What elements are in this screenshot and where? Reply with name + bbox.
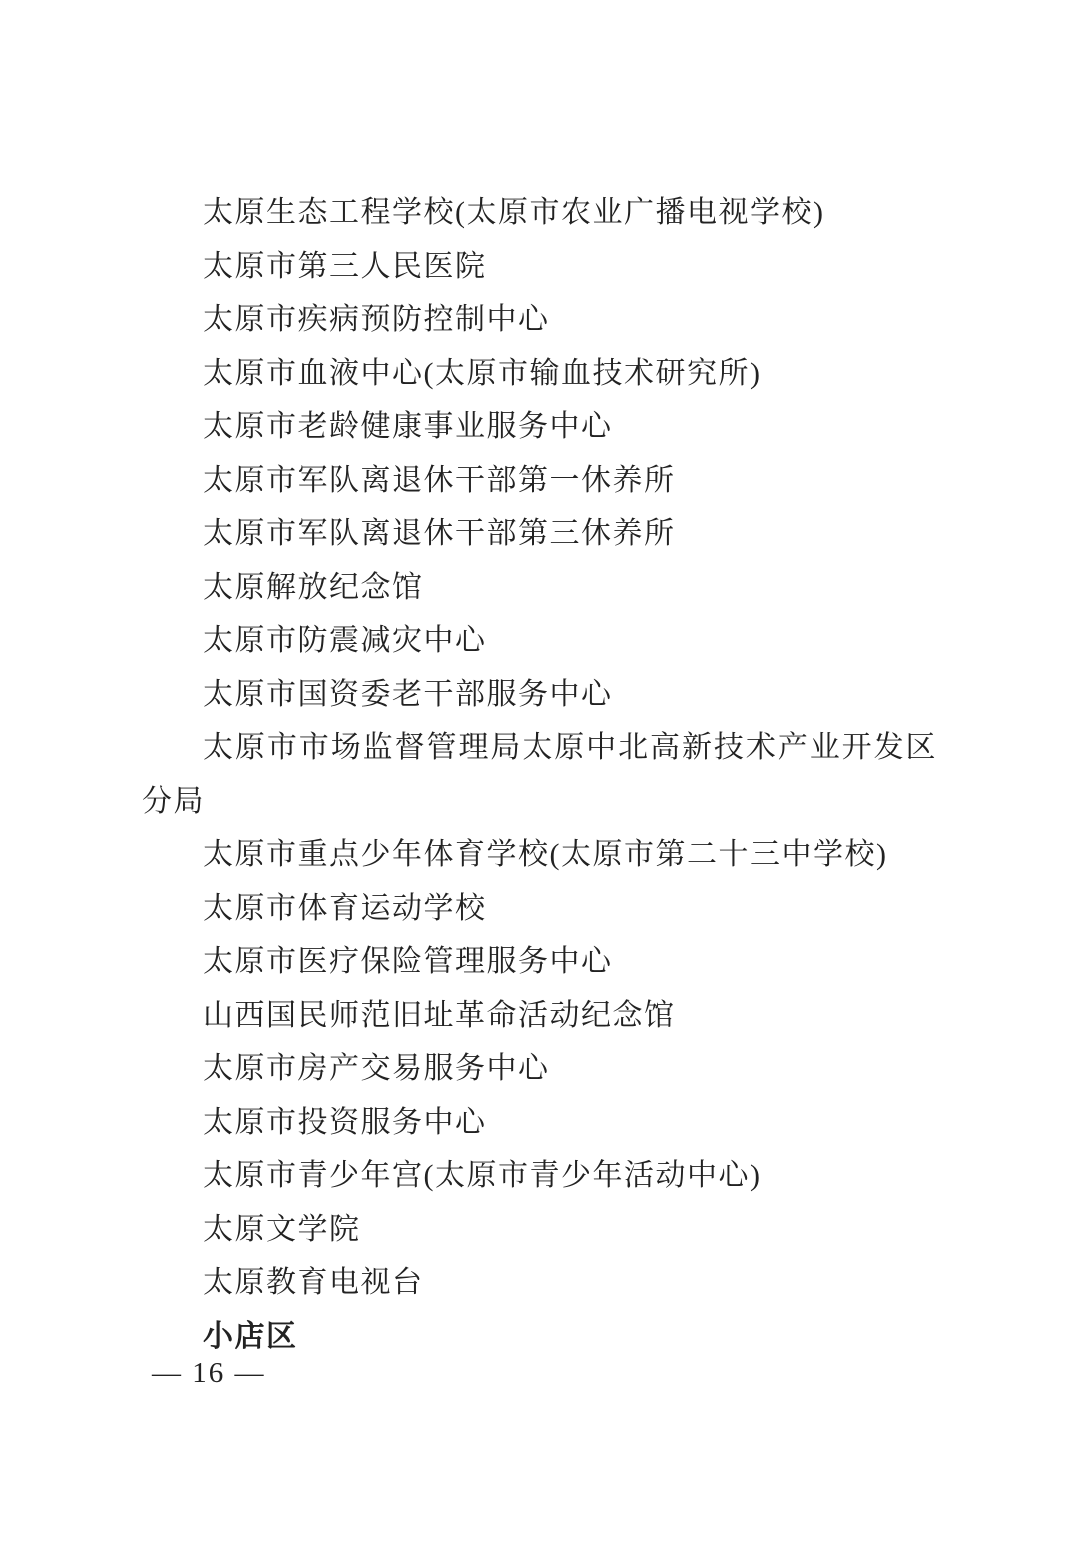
list-item: 太原市医疗保险管理服务中心 bbox=[142, 935, 937, 989]
list-item: 太原教育电视台 bbox=[142, 1256, 937, 1310]
page-content: 太原生态工程学校(太原市农业广播电视学校)太原市第三人民医院太原市疾病预防控制中… bbox=[0, 0, 1080, 1363]
list-item: 太原市市场监督管理局太原中北高新技术产业开发区分局 bbox=[142, 721, 937, 828]
document-page: 太原生态工程学校(太原市农业广播电视学校)太原市第三人民医院太原市疾病预防控制中… bbox=[0, 0, 1080, 1556]
list-item: 太原解放纪念馆 bbox=[142, 561, 937, 615]
page-number: — 16 — bbox=[152, 1356, 266, 1390]
list-item: 太原文学院 bbox=[142, 1203, 937, 1257]
list-item: 太原市防震减灾中心 bbox=[142, 614, 937, 668]
list-item: 太原市血液中心(太原市输血技术研究所) bbox=[142, 347, 937, 401]
list-item: 太原市重点少年体育学校(太原市第二十三中学校) bbox=[142, 828, 937, 882]
list-item: 太原市第三人民医院 bbox=[142, 240, 937, 294]
list-item: 太原市军队离退休干部第三休养所 bbox=[142, 507, 937, 561]
list-item: 太原生态工程学校(太原市农业广播电视学校) bbox=[142, 186, 937, 240]
list-item: 山西国民师范旧址革命活动纪念馆 bbox=[142, 989, 937, 1043]
list-item: 太原市投资服务中心 bbox=[142, 1096, 937, 1150]
org-list: 太原生态工程学校(太原市农业广播电视学校)太原市第三人民医院太原市疾病预防控制中… bbox=[142, 186, 937, 1310]
section-header: 小店区 bbox=[142, 1310, 937, 1364]
list-item: 太原市国资委老干部服务中心 bbox=[142, 668, 937, 722]
list-item: 太原市疾病预防控制中心 bbox=[142, 293, 937, 347]
list-item: 太原市军队离退休干部第一休养所 bbox=[142, 454, 937, 508]
list-item: 太原市老龄健康事业服务中心 bbox=[142, 400, 937, 454]
list-item: 太原市房产交易服务中心 bbox=[142, 1042, 937, 1096]
list-item: 太原市体育运动学校 bbox=[142, 882, 937, 936]
list-item: 太原市青少年宫(太原市青少年活动中心) bbox=[142, 1149, 937, 1203]
